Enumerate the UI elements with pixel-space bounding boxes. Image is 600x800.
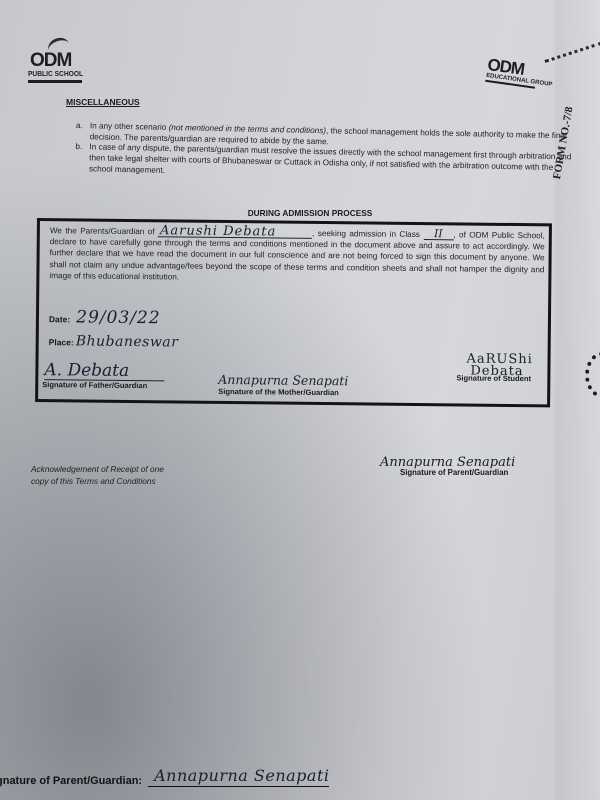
acknowledgement-line2: copy of this Terms and Conditions <box>31 475 164 487</box>
mother-signature[interactable]: Annapurna Senapati <box>218 373 348 388</box>
footer-signature[interactable]: Annapurna Senapati <box>154 766 329 785</box>
student-name-field[interactable]: Aarushi Debata <box>158 226 312 239</box>
acknowledgement-text: Acknowledgement of Receipt of one copy o… <box>31 463 164 487</box>
admission-declaration-box: We the Parents/Guardian of Aarushi Debat… <box>35 218 552 407</box>
place-field[interactable]: Bhubaneswar <box>76 333 179 350</box>
date-row: Date: 29/03/22 <box>49 307 161 328</box>
date-field[interactable]: 29/03/22 <box>76 307 161 328</box>
declaration-text: We the Parents/Guardian of Aarushi Debat… <box>49 225 545 286</box>
document-page: ODM PUBLIC SCHOOL ODM EDUCATIONAL GROUP … <box>0 0 600 800</box>
clause-text-part: In any other scenario <box>90 121 169 132</box>
father-signature[interactable]: A. Debata <box>44 361 164 381</box>
miscellaneous-heading: MISCELLANEOUS <box>66 97 140 107</box>
declaration-part: , seeking admission in Class <box>312 229 423 239</box>
declaration-part: , of ODM Public School, declare to have … <box>49 230 545 281</box>
footer-signature-line: Annapurna Senapati <box>148 766 329 787</box>
father-signature-caption: Signature of Father/Guardian <box>42 380 164 390</box>
mother-signature-block: Annapurna Senapati Signature of the Moth… <box>218 373 348 397</box>
father-signature-block: A. Debata Signature of Father/Guardian <box>42 361 164 390</box>
clause-label: a. <box>76 121 90 143</box>
class-field[interactable]: II <box>423 229 453 240</box>
logo-brand: ODM <box>30 50 71 72</box>
declaration-part: We the Parents/Guardian of <box>50 226 158 236</box>
mother-signature-caption: Signature of the Mother/Guardian <box>218 387 348 397</box>
footer-signature-caption: gnature of Parent/Guardian: <box>0 775 142 787</box>
date-label: Date: <box>49 314 70 324</box>
logo-underline <box>28 80 82 83</box>
acknowledgement-signature-block: Annapurna Senapati Signature of Parent/G… <box>380 455 515 477</box>
place-label: Place: <box>49 337 74 347</box>
miscellaneous-clauses: a. In any other scenario (not mentioned … <box>75 121 576 185</box>
admission-section-title: DURING ADMISSION PROCESS <box>0 208 600 218</box>
student-signature-block: AaRUShi Debata Signature of Student <box>456 353 533 383</box>
student-signature-caption: Signature of Student <box>456 373 532 383</box>
footer-signature-row: gnature of Parent/Guardian: Annapurna Se… <box>0 766 329 787</box>
logo-subtitle: PUBLIC SCHOOL <box>28 71 83 78</box>
acknowledgement-line1: Acknowledgement of Receipt of one <box>31 463 164 475</box>
clause-label: b. <box>75 142 90 174</box>
place-row: Place: Bhubaneswar <box>49 333 179 350</box>
parent-signature-caption: Signature of Parent/Guardian <box>400 468 515 477</box>
